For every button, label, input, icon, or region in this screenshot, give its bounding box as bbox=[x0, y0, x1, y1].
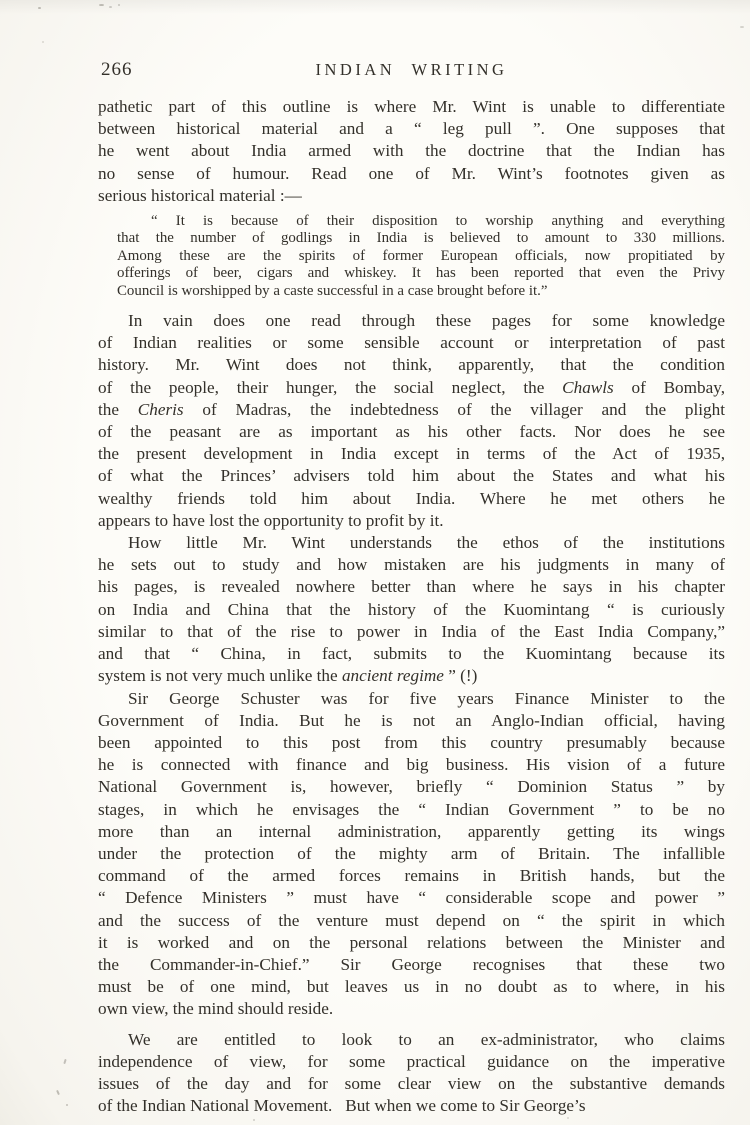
scan-speck bbox=[109, 6, 112, 8]
text-line: and that “ China, in fact, submits to th… bbox=[98, 643, 725, 665]
text-line: offerings of beer, cigars and whiskey. I… bbox=[117, 265, 725, 282]
text-line: In vain does one read through these page… bbox=[98, 310, 725, 332]
paragraph-in-vain: In vain does one read through these page… bbox=[98, 310, 725, 532]
text-line: that the number of godlings in India is … bbox=[117, 230, 725, 247]
text-line: between historical material and a “ leg … bbox=[98, 118, 725, 140]
paragraph-how-little: How little Mr. Wint understands the etho… bbox=[98, 532, 725, 687]
text-line: National Government is, however, briefly… bbox=[98, 776, 725, 798]
scan-speck bbox=[99, 4, 104, 6]
scan-speck bbox=[740, 26, 744, 28]
text-line: command of the armed forces remains in B… bbox=[98, 865, 725, 887]
text-line: he sets out to study and how mistaken ar… bbox=[98, 554, 725, 576]
text-line: must be of one mind, but leaves us in no… bbox=[98, 976, 725, 998]
text-line: We are entitled to look to an ex-adminis… bbox=[98, 1029, 725, 1051]
text-line: stages, in which he envisages the “ Indi… bbox=[98, 799, 725, 821]
scan-speck bbox=[42, 41, 44, 43]
scan-speck bbox=[38, 7, 41, 9]
text-line: more than an internal administration, ap… bbox=[98, 821, 725, 843]
page-header: 266 INDIAN WRITING bbox=[98, 60, 725, 81]
scan-speck bbox=[66, 1104, 68, 1106]
text-line: it is worked and on the personal relatio… bbox=[98, 932, 725, 954]
text-line: his pages, is revealed nowhere better th… bbox=[98, 576, 725, 598]
text-line: appears to have lost the opportunity to … bbox=[98, 510, 725, 532]
paragraph-sir-george: Sir George Schuster was for five years F… bbox=[98, 688, 725, 1021]
text-line: How little Mr. Wint understands the etho… bbox=[98, 532, 725, 554]
text-line: serious historical material :— bbox=[98, 185, 725, 207]
text-line: the Cheris of Madras, the indebtedness o… bbox=[98, 399, 725, 421]
text-line: on India and China that the history of t… bbox=[98, 599, 725, 621]
scan-speck bbox=[63, 1059, 66, 1064]
scan-speck bbox=[118, 4, 120, 6]
text-line: history. Mr. Wint does not think, appare… bbox=[98, 354, 725, 376]
text-line: been appointed to this post from this co… bbox=[98, 732, 725, 754]
paragraph-continuation: pathetic part of this outline is where M… bbox=[98, 96, 725, 207]
text-line: Sir George Schuster was for five years F… bbox=[98, 688, 725, 710]
text-line: wealthy friends told him about India. Wh… bbox=[98, 488, 725, 510]
text-line: “ It is because of their disposition to … bbox=[117, 213, 725, 230]
text-line: and the success of the venture must depe… bbox=[98, 910, 725, 932]
text-line: Council is worshipped by a caste success… bbox=[117, 283, 725, 300]
text-line: of Indian realities or some sensible acc… bbox=[98, 332, 725, 354]
text-line: the present development in India except … bbox=[98, 443, 725, 465]
text-line: similar to that of the rise to power in … bbox=[98, 621, 725, 643]
book-page-scan: 266 INDIAN WRITING pathetic part of this… bbox=[0, 0, 750, 1125]
text-line: he went about India armed with the doctr… bbox=[98, 140, 725, 162]
text-line: he is connected with finance and big bus… bbox=[98, 754, 725, 776]
text-line: of the Indian National Movement. But whe… bbox=[98, 1095, 725, 1117]
text-line: Among these are the spirits of former Eu… bbox=[117, 248, 725, 265]
text-line: of what the Princes’ advisers told him a… bbox=[98, 465, 725, 487]
text-line: “ Defence Ministers ” must have “ consid… bbox=[98, 887, 725, 909]
text-line: of the peasant are as important as his o… bbox=[98, 421, 725, 443]
scan-speck bbox=[56, 1090, 60, 1095]
page-content: 266 INDIAN WRITING pathetic part of this… bbox=[98, 60, 725, 1117]
scan-speck bbox=[567, 1117, 569, 1119]
text-line: issues of the day and for some clear vie… bbox=[98, 1073, 725, 1095]
text-line: own view, the mind should reside. bbox=[98, 998, 725, 1020]
running-title: INDIAN WRITING bbox=[98, 60, 725, 80]
scan-speck bbox=[253, 1119, 255, 1121]
paragraph-we-are-entitled: We are entitled to look to an ex-adminis… bbox=[98, 1029, 725, 1118]
text-line: under the protection of the mighty arm o… bbox=[98, 843, 725, 865]
text-line: Government of India. But he is not an An… bbox=[98, 710, 725, 732]
text-line: independence of view, for some practical… bbox=[98, 1051, 725, 1073]
text-line: of the people, their hunger, the social … bbox=[98, 377, 725, 399]
text-line: pathetic part of this outline is where M… bbox=[98, 96, 725, 118]
text-line: the Commander-in-Chief.” Sir George reco… bbox=[98, 954, 725, 976]
text-line: system is not very much unlike the ancie… bbox=[98, 665, 725, 687]
page-number: 266 bbox=[101, 59, 133, 81]
footnote-quote-block: “ It is because of their disposition to … bbox=[98, 213, 725, 300]
text-line: no sense of humour. Read one of Mr. Wint… bbox=[98, 163, 725, 185]
